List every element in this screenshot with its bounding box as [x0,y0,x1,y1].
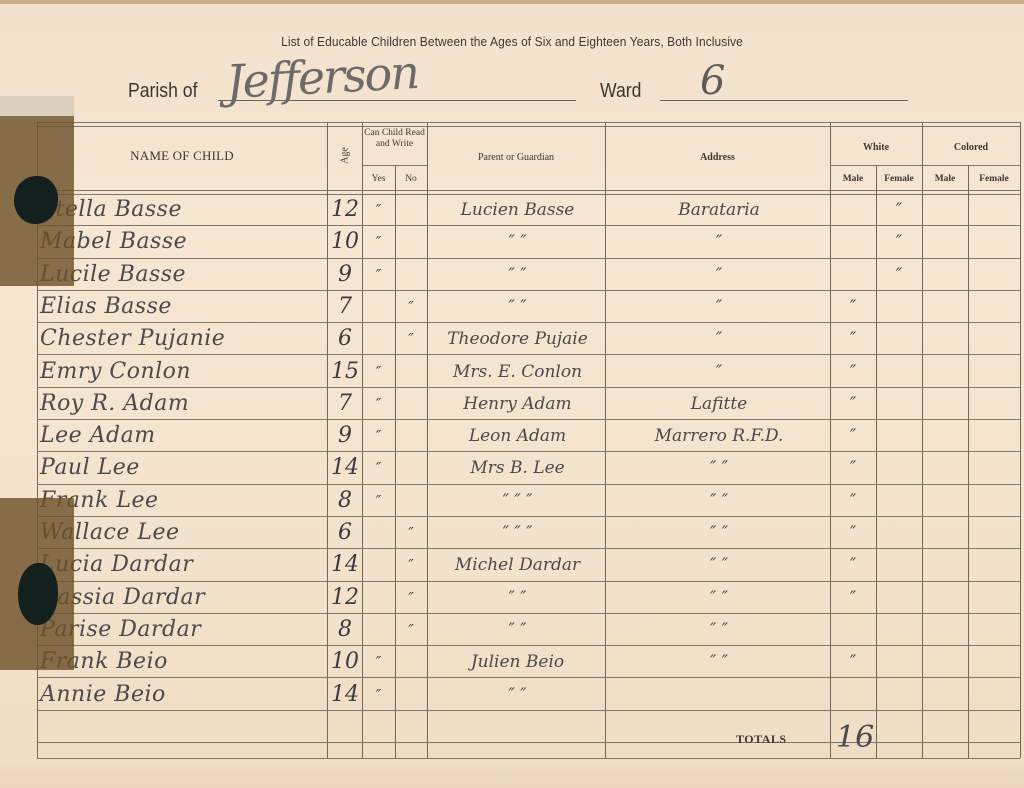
white-female-mark [876,551,922,579]
child-name: Emry Conlon [40,358,325,386]
child-name: Lucile Basse [40,261,325,289]
colored-male-mark [922,325,968,353]
form-title: List of Educable Children Between the Ag… [41,34,983,49]
reads-writes-yes: ″ [362,648,395,676]
address [608,681,830,709]
header-white-male: Male [830,174,876,184]
child-name: Roy R. Adam [40,390,325,418]
header-colored-female: Female [968,174,1020,184]
child-name: Frank Lee [40,487,325,515]
reads-writes-no [395,487,427,515]
white-male-mark: ″ [830,293,876,321]
reads-writes-yes: ″ [362,358,395,386]
child-age: 12 [330,196,360,224]
child-age: 9 [330,261,360,289]
race-subheader-line [830,165,1020,166]
reads-writes-yes [362,293,395,321]
parish-value: Jefferson [225,45,419,109]
parish-label: Parish of [128,80,197,103]
reads-writes-yes [362,519,395,547]
white-male-mark: ″ [830,519,876,547]
address: ″ [608,325,830,353]
table-row: Chester Pujanie6″Theodore Pujaie″″ [0,323,1024,355]
table-row: Elias Basse7″″ ″″″ [0,291,1024,323]
address: ″ [608,228,830,256]
reads-writes-no: ″ [395,293,427,321]
child-name: Lee Adam [40,422,325,450]
colored-male-mark [922,551,968,579]
table-row: Paul Lee14″Mrs B. Lee″ ″″ [0,452,1024,484]
white-female-mark [876,648,922,676]
colored-male-mark [922,196,968,224]
header-parent: Parent or Guardian [427,152,605,163]
reads-writes-yes: ″ [362,196,395,224]
reads-writes-no: ″ [395,616,427,644]
reads-writes-yes: ″ [362,681,395,709]
reads-writes-no [395,358,427,386]
header-address: Address [605,152,830,163]
colored-female-mark [968,551,1020,579]
colored-female-mark [968,584,1020,612]
address: ″ [608,358,830,386]
address: ″ ″ [608,551,830,579]
page-bottom-edge [0,758,1024,788]
colored-female-mark [968,196,1020,224]
colored-male-mark [922,422,968,450]
header-age: Age [340,141,351,171]
header-name: NAME OF CHILD [37,148,327,164]
white-male-mark [830,196,876,224]
white-male-mark [830,228,876,256]
white-female-mark: ″ [876,228,922,256]
reads-writes-no [395,390,427,418]
child-name: Paul Lee [40,454,325,482]
colored-male-mark [922,681,968,709]
reads-writes-no [395,261,427,289]
white-male-mark [830,616,876,644]
reads-writes-no [395,228,427,256]
white-female-mark [876,616,922,644]
child-age: 8 [330,487,360,515]
colored-male-mark [922,487,968,515]
colored-female-mark [968,454,1020,482]
child-age: 14 [330,454,360,482]
child-age: 7 [330,293,360,321]
white-female-mark [876,487,922,515]
address: ″ ″ [608,519,830,547]
child-age: 10 [330,648,360,676]
reads-writes-no [395,422,427,450]
colored-female-mark [968,293,1020,321]
address: ″ ″ [608,584,830,612]
colored-female-mark [968,487,1020,515]
child-name: Mabel Basse [40,228,325,256]
white-male-mark: ″ [830,487,876,515]
table-row: Frank Lee8″″ ″ ″″ ″″ [0,485,1024,517]
table-row: Cassia Dardar12″″ ″″ ″″ [0,582,1024,614]
table-row: Annie Beio14″″ ″ [0,679,1024,711]
table-row: Lucile Basse9″″ ″″″ [0,259,1024,291]
tape-edge [0,96,74,116]
parent-guardian: ″ ″ [430,261,605,289]
parent-guardian: Mrs B. Lee [430,454,605,482]
colored-male-mark [922,584,968,612]
address: ″ ″ [608,648,830,676]
white-male-mark [830,681,876,709]
reads-writes-yes: ″ [362,487,395,515]
reads-writes-yes: ″ [362,390,395,418]
parent-guardian: Mrs. E. Conlon [430,358,605,386]
totals-label: TOTALS [736,732,787,747]
parent-guardian: ″ ″ [430,681,605,709]
colored-female-mark [968,422,1020,450]
colored-male-mark [922,293,968,321]
reads-writes-no [395,681,427,709]
parent-guardian: Michel Dardar [430,551,605,579]
colored-male-mark [922,390,968,418]
white-male-mark: ″ [830,358,876,386]
reads-writes-yes [362,325,395,353]
address: ″ ″ [608,454,830,482]
parent-guardian: ″ ″ [430,228,605,256]
colored-female-mark [968,325,1020,353]
parent-guardian: Leon Adam [430,422,605,450]
punch-hole-top [14,176,58,224]
white-male-mark: ″ [830,454,876,482]
children-table: NAME OF CHILD Age Can Child Read and Wri… [0,122,1024,762]
header-yes: Yes [362,174,395,184]
header-read-write: Can Child Read and Write [362,128,427,150]
colored-male-mark [922,648,968,676]
reads-writes-no [395,196,427,224]
punch-hole-bottom [18,563,58,625]
child-age: 14 [330,551,360,579]
header-colored-male: Male [922,174,968,184]
colored-female-mark [968,616,1020,644]
reads-writes-no: ″ [395,519,427,547]
address: ″ ″ [608,487,830,515]
white-female-mark [876,681,922,709]
white-male-mark: ″ [830,422,876,450]
address: Barataria [608,196,830,224]
colored-male-mark [922,454,968,482]
table-row: Mabel Basse10″″ ″″″ [0,226,1024,258]
colored-male-mark [922,358,968,386]
parent-guardian: Theodore Pujaie [430,325,605,353]
child-name: Annie Beio [40,681,325,709]
reads-writes-no: ″ [395,551,427,579]
child-name: Stella Basse [40,196,325,224]
child-age: 9 [330,422,360,450]
table-top-border [37,122,1020,127]
colored-male-mark [922,261,968,289]
colored-female-mark [968,358,1020,386]
white-female-mark [876,293,922,321]
white-male-mark: ″ [830,325,876,353]
parent-guardian: Henry Adam [430,390,605,418]
parent-guardian: ″ ″ ″ [430,487,605,515]
header-no: No [395,174,427,184]
address: Marrero R.F.D. [608,422,830,450]
child-name: Wallace Lee [40,519,325,547]
white-male-mark: ″ [830,551,876,579]
reads-writes-yes [362,584,395,612]
white-female-mark [876,519,922,547]
colored-female-mark [968,681,1020,709]
child-age: 7 [330,390,360,418]
reads-writes-yes: ″ [362,228,395,256]
white-female-mark [876,454,922,482]
white-male-mark [830,261,876,289]
white-male-mark: ″ [830,584,876,612]
table-row: Lucia Dardar14″Michel Dardar″ ″″ [0,549,1024,581]
parent-guardian: ″ ″ [430,584,605,612]
white-male-mark: ″ [830,390,876,418]
table-row: Lee Adam9″Leon AdamMarrero R.F.D.″ [0,420,1024,452]
reads-writes-no: ″ [395,584,427,612]
reads-writes-yes: ″ [362,454,395,482]
white-female-mark [876,390,922,418]
child-name: Chester Pujanie [40,325,325,353]
reads-writes-yes: ″ [362,422,395,450]
table-row: Stella Basse12″Lucien BasseBarataria″ [0,194,1024,226]
address: ″ [608,293,830,321]
parent-guardian: Julien Beio [430,648,605,676]
address: ″ ″ [608,616,830,644]
parent-guardian: ″ ″ ″ [430,519,605,547]
reads-writes-yes [362,616,395,644]
child-name: Cassia Dardar [40,584,325,612]
table-row: Roy R. Adam7″Henry AdamLafitte″ [0,388,1024,420]
parent-guardian: ″ ″ [430,616,605,644]
child-age: 12 [330,584,360,612]
white-female-mark [876,358,922,386]
table-row: Wallace Lee6″″ ″ ″″ ″″ [0,517,1024,549]
reads-writes-no [395,648,427,676]
ward-field-line [660,100,908,101]
colored-female-mark [968,261,1020,289]
child-age: 6 [330,325,360,353]
white-female-mark [876,325,922,353]
reads-writes-no [395,454,427,482]
white-female-mark: ″ [876,196,922,224]
colored-male-mark [922,616,968,644]
totals-value: 16 [836,720,874,755]
colored-female-mark [968,228,1020,256]
child-age: 10 [330,228,360,256]
page-top-edge [0,0,1024,4]
colored-male-mark [922,519,968,547]
table-row: Frank Beio10″Julien Beio″ ″″ [0,646,1024,678]
parent-guardian: ″ ″ [430,293,605,321]
colored-female-mark [968,648,1020,676]
white-male-mark: ″ [830,648,876,676]
child-age: 14 [330,681,360,709]
child-name: Lucia Dardar [40,551,325,579]
child-age: 15 [330,358,360,386]
colored-female-mark [968,390,1020,418]
table-row: Emry Conlon15″Mrs. E. Conlon″″ [0,356,1024,388]
reads-writes-yes [362,551,395,579]
table-row: Parise Dardar8″″ ″″ ″ [0,614,1024,646]
header-colored: Colored [922,142,1020,153]
colored-male-mark [922,228,968,256]
white-female-mark [876,584,922,612]
white-female-mark [876,422,922,450]
child-age: 6 [330,519,360,547]
child-name: Elias Basse [40,293,325,321]
header-white: White [830,142,922,153]
child-age: 8 [330,616,360,644]
reads-writes-yes: ″ [362,261,395,289]
ward-value: 6 [700,58,725,104]
ward-label: Ward [600,80,641,103]
white-female-mark: ″ [876,261,922,289]
child-name: Parise Dardar [40,616,325,644]
colored-female-mark [968,519,1020,547]
parent-guardian: Lucien Basse [430,196,605,224]
address: Lafitte [608,390,830,418]
header-white-female: Female [876,174,922,184]
child-name: Frank Beio [40,648,325,676]
address: ″ [608,261,830,289]
reads-writes-no: ″ [395,325,427,353]
